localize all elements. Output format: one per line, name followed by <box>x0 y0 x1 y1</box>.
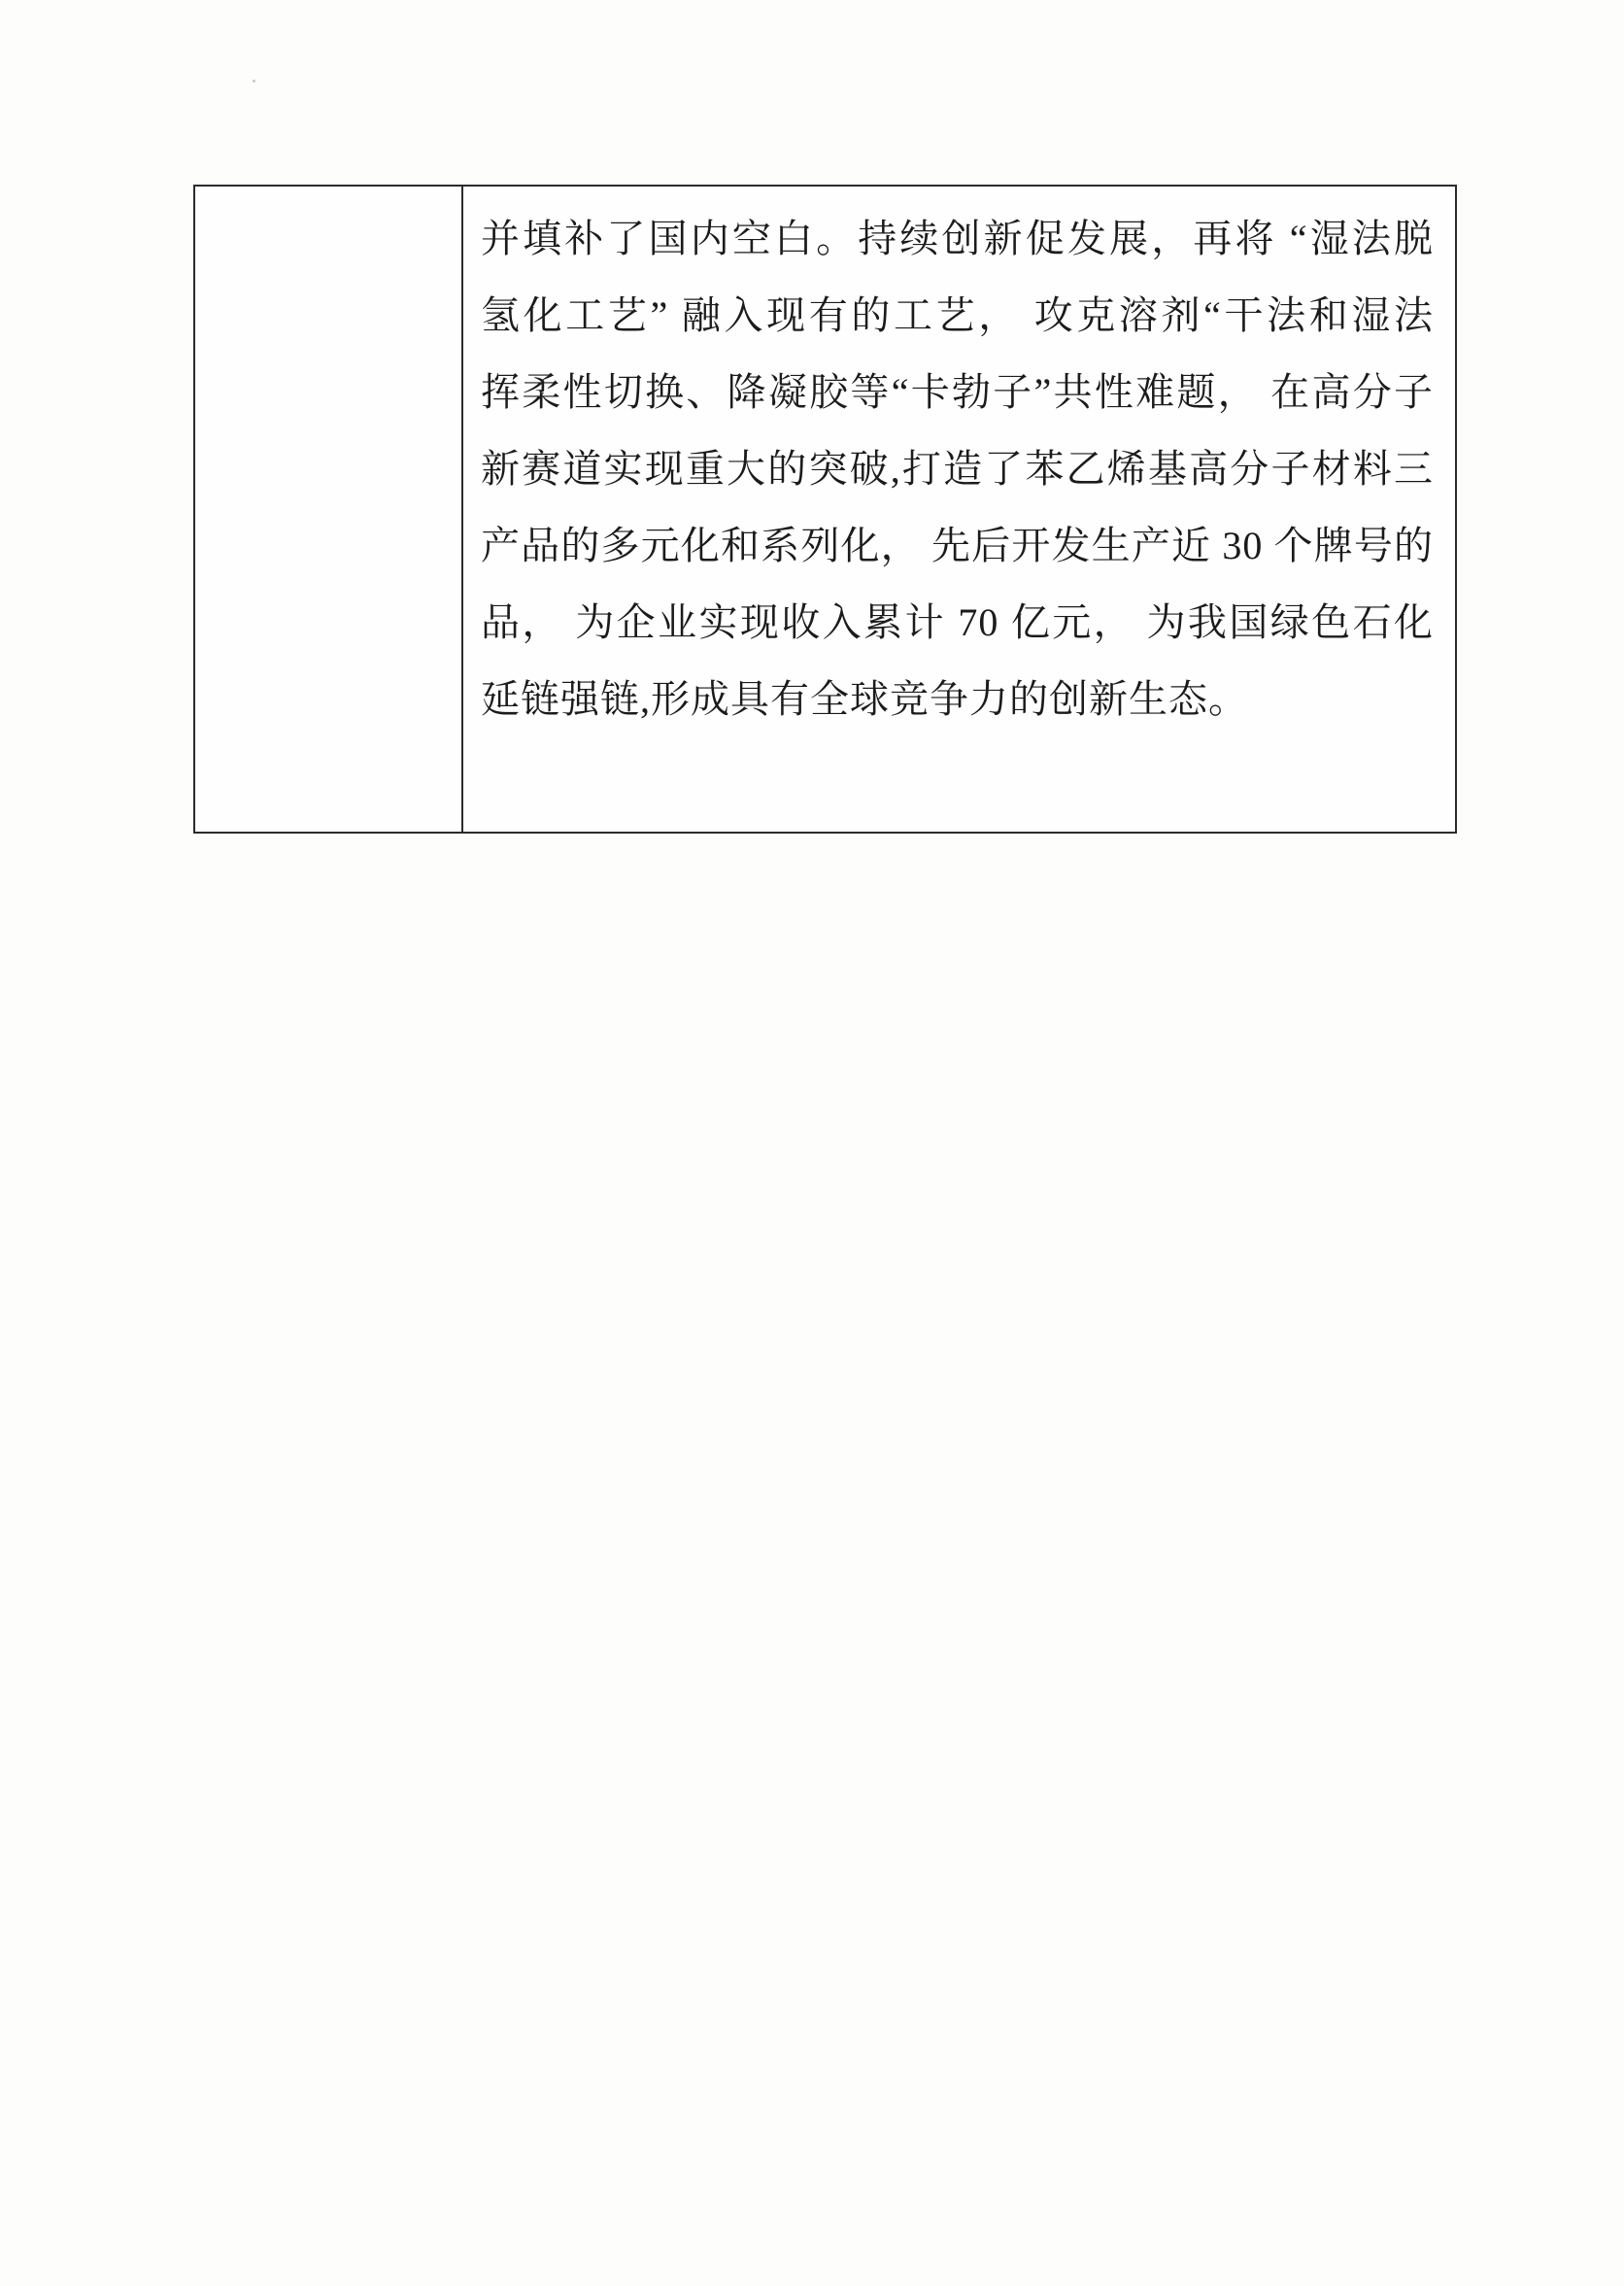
paragraph-line-6: 品， 为企业实现收入累计 70 亿元， 为我国绿色石化中下游 <box>481 584 1434 661</box>
scanned-document-page: { "page": { "kind": "scanned-document", … <box>0 0 1624 2286</box>
scan-speck <box>253 80 255 83</box>
table-cell-paragraph: 并填补了国内空白。持续创新促发展，再将 “湿法脱挥“、” 氢化工艺” 融入现有的… <box>463 187 1455 832</box>
document-table: 并填补了国内空白。持续创新促发展，再将 “湿法脱挥“、” 氢化工艺” 融入现有的… <box>193 185 1457 834</box>
paragraph-line-1: 并填补了国内空白。持续创新促发展，再将 “湿法脱挥“、” <box>481 200 1434 277</box>
paragraph-line-7: 延链强链,形成具有全球竞争力的创新生态。 <box>481 661 1434 737</box>
paragraph-line-2: 氢化工艺” 融入现有的工艺， 攻克溶剂“干法和湿法 ”脱 <box>481 277 1434 354</box>
table-cell-label-empty <box>195 187 463 832</box>
paragraph-line-5: 产品的多元化和系列化， 先后开发生产近 30 个牌号的新产 <box>481 507 1434 584</box>
paragraph-line-4: 新赛道实现重大的突破,打造了苯乙烯基高分子材料三大类 <box>481 430 1434 507</box>
paragraph-line-3: 挥柔性切换、降凝胶等“卡勃子”共性难题， 在高分子材料 <box>481 354 1434 430</box>
